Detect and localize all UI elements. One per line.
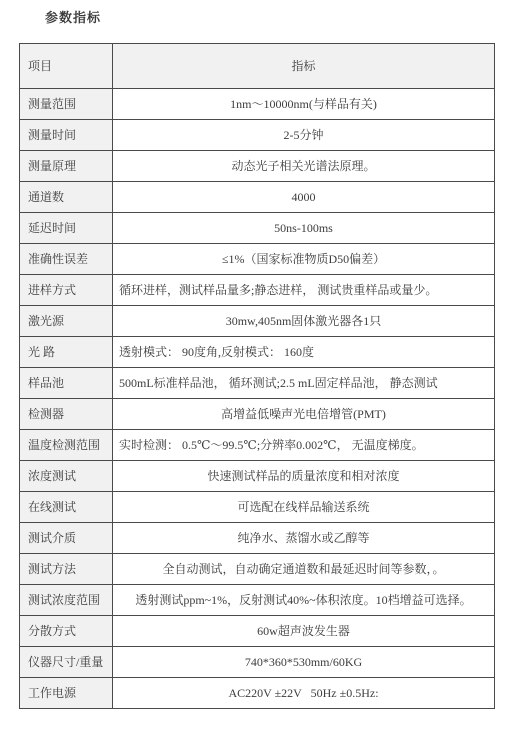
spec-value: 循环进样，测试样品量多;静态进样， 测试贵重样品或量少。 [113,275,495,306]
spec-item: 测量原理 [20,151,113,182]
spec-item: 进样方式 [20,275,113,306]
spec-value: 740*360*530mm/60KG [113,647,495,678]
table-row: 光 路 透射模式： 90度角,反射模式： 160度 [20,337,495,368]
table-row: 测试方法 全自动测试，自动确定通道数和最延迟时间等参数，。 [20,554,495,585]
spec-item: 测试介质 [20,523,113,554]
header-indicator: 指标 [113,44,495,89]
spec-item: 工作电源 [20,678,113,709]
table-row: 分散方式 60w超声波发生器 [20,616,495,647]
table-row: 进样方式 循环进样，测试样品量多;静态进样， 测试贵重样品或量少。 [20,275,495,306]
spec-item: 通道数 [20,182,113,213]
spec-item: 仪器尺寸/重量 [20,647,113,678]
spec-value: 透射模式： 90度角,反射模式： 160度 [113,337,495,368]
table-row: 浓度测试 快速测试样品的质量浓度和相对浓度 [20,461,495,492]
spec-item: 浓度测试 [20,461,113,492]
spec-item: 测量范围 [20,89,113,120]
table-row: 测量原理 动态光子相关光谱法原理。 [20,151,495,182]
table-row: 工作电源 AC220V ±22V 50Hz ±0.5Hz: [20,678,495,709]
spec-item: 延迟时间 [20,213,113,244]
table-row: 测量范围 1nm～10000nm(与样品有关) [20,89,495,120]
table-row: 通道数 4000 [20,182,495,213]
spec-item: 温度检测范围 [20,430,113,461]
spec-value: 2-5分钟 [113,120,495,151]
spec-value: 500mL标准样品池， 循环测试;2.5 mL固定样品池， 静态测试 [113,368,495,399]
spec-value: ≤1%（国家标准物质D50偏差） [113,244,495,275]
spec-item: 激光源 [20,306,113,337]
table-row: 在线测试 可选配在线样品输送系统 [20,492,495,523]
table-header-row: 项目 指标 [20,44,495,89]
spec-table: 项目 指标 测量范围 1nm～10000nm(与样品有关) 测量时间 2-5分钟… [19,43,495,709]
spec-value: 高增益低噪声光电倍增管(PMT) [113,399,495,430]
spec-item: 样品池 [20,368,113,399]
spec-item: 分散方式 [20,616,113,647]
spec-value: 纯净水、蒸馏水或乙醇等 [113,523,495,554]
spec-item: 测试浓度范围 [20,585,113,616]
spec-value: 可选配在线样品输送系统 [113,492,495,523]
spec-value: 1nm～10000nm(与样品有关) [113,89,495,120]
table-row: 检测器 高增益低噪声光电倍增管(PMT) [20,399,495,430]
table-row: 测量时间 2-5分钟 [20,120,495,151]
spec-item: 检测器 [20,399,113,430]
table-row: 准确性误差 ≤1%（国家标准物质D50偏差） [20,244,495,275]
header-item: 项目 [20,44,113,89]
table-row: 测试介质 纯净水、蒸馏水或乙醇等 [20,523,495,554]
spec-value: 4000 [113,182,495,213]
spec-value: 全自动测试，自动确定通道数和最延迟时间等参数，。 [113,554,495,585]
spec-value: 动态光子相关光谱法原理。 [113,151,495,182]
table-row: 温度检测范围 实时检测： 0.5℃～99.5℃;分辨率0.002℃， 无温度梯度… [20,430,495,461]
spec-value: 50ns-100ms [113,213,495,244]
table-row: 延迟时间 50ns-100ms [20,213,495,244]
spec-item: 测试方法 [20,554,113,585]
spec-item: 在线测试 [20,492,113,523]
spec-item: 准确性误差 [20,244,113,275]
spec-value: 透射测试ppm~1%，反射测试40%~体积浓度。10档增益可选择。 [113,585,495,616]
spec-item: 光 路 [20,337,113,368]
spec-value: 30mw,405nm固体激光器各1只 [113,306,495,337]
table-row: 仪器尺寸/重量 740*360*530mm/60KG [20,647,495,678]
spec-item: 测量时间 [20,120,113,151]
table-row: 测试浓度范围 透射测试ppm~1%，反射测试40%~体积浓度。10档增益可选择。 [20,585,495,616]
spec-value: AC220V ±22V 50Hz ±0.5Hz: [113,678,495,709]
spec-value: 60w超声波发生器 [113,616,495,647]
spec-value: 实时检测： 0.5℃～99.5℃;分辨率0.002℃， 无温度梯度。 [113,430,495,461]
table-row: 样品池 500mL标准样品池， 循环测试;2.5 mL固定样品池， 静态测试 [20,368,495,399]
page-title: 参数指标 [45,7,101,26]
table-row: 激光源 30mw,405nm固体激光器各1只 [20,306,495,337]
spec-value: 快速测试样品的质量浓度和相对浓度 [113,461,495,492]
